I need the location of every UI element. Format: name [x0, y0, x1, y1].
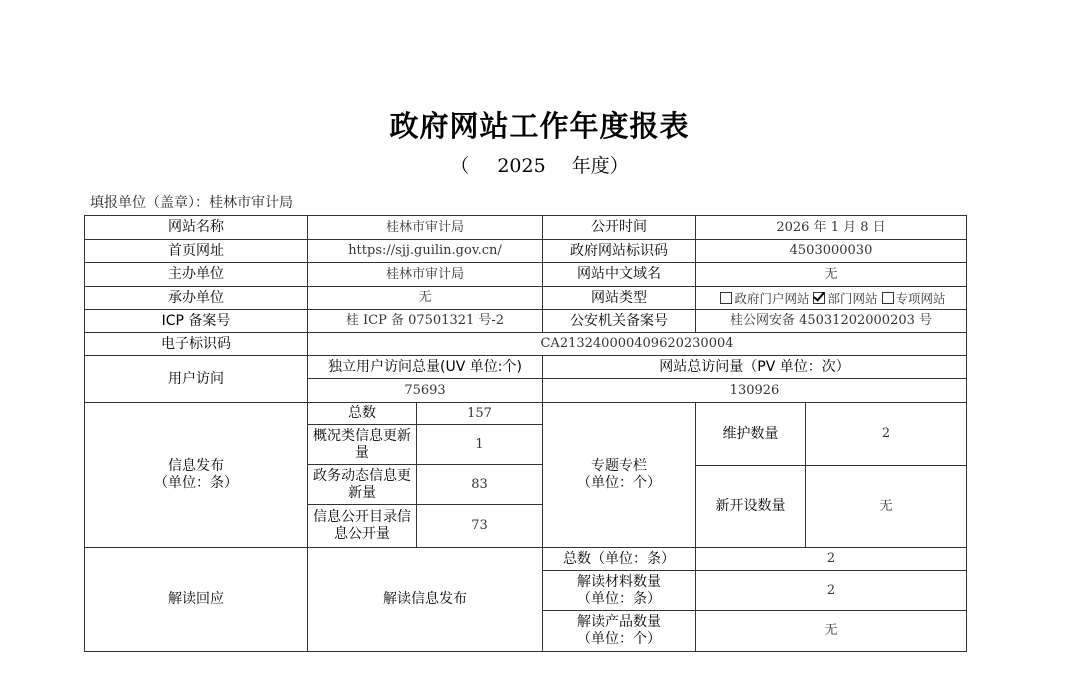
sponsor-label: 主办单位: [84, 262, 308, 287]
overview-update-value: 1: [416, 424, 543, 465]
pv-value: 130926: [542, 378, 967, 403]
organizer-value: 无: [307, 286, 543, 310]
info-total-value: 157: [416, 402, 543, 425]
new-count-label: 新开设数量: [695, 465, 806, 548]
info-publish-label: 信息发布 （单位：条）: [84, 402, 308, 548]
site-type-special: 专项网站: [896, 291, 946, 306]
overview-update-label: 概况类信息更新量: [307, 424, 417, 465]
homepage-value: https://sjj.guilin.gov.cn/: [307, 239, 543, 263]
report-year: （ 2025 年度）: [0, 151, 1079, 178]
interp-product-value: 无: [695, 610, 967, 652]
eid-label: 电子标识码: [84, 332, 308, 356]
interpretation-label: 解读回应: [84, 547, 308, 652]
homepage-label: 首页网址: [84, 239, 308, 263]
paren-open: （: [450, 151, 469, 178]
info-total-label: 总数: [307, 402, 417, 425]
site-type-label: 网站类型: [542, 286, 696, 310]
user-visits-label: 用户访问: [84, 355, 308, 403]
checkbox-portal[interactable]: [720, 292, 732, 304]
pv-label: 网站总访问量（PV 单位：次）: [542, 355, 967, 379]
site-name-value: 桂林市审计局: [307, 215, 543, 240]
site-id-value: 4503000030: [695, 239, 967, 263]
new-count-value: 无: [805, 465, 967, 548]
maintain-count-value: 2: [805, 402, 967, 466]
organizer-label: 承办单位: [84, 286, 308, 310]
reporting-unit: 填报单位（盖章）：桂林市审计局: [90, 192, 293, 212]
disclosure-catalog-value: 73: [416, 504, 543, 548]
year-suffix: 年度）: [572, 151, 629, 178]
report-title: 政府网站工作年度报表: [0, 104, 1079, 145]
gov-news-update-label: 政务动态信息更新量: [307, 464, 417, 505]
interp-material-label: 解读材料数量 （单位：条）: [542, 570, 696, 611]
icp-value: 桂 ICP 备 07501321 号-2: [307, 309, 543, 333]
checkbox-special[interactable]: [882, 292, 894, 304]
site-type-options: 政府门户网站 部门网站 专项网站: [695, 286, 967, 310]
interp-material-value: 2: [695, 570, 967, 611]
interp-product-label: 解读产品数量 （单位：个）: [542, 610, 696, 652]
police-value: 桂公网安备 45031202000203 号: [695, 309, 967, 333]
open-time-value: 2026 年 1 月 8 日: [695, 215, 967, 240]
site-type-department: 部门网站: [827, 291, 877, 306]
site-id-label: 政府网站标识码: [542, 239, 696, 263]
uv-value: 75693: [307, 378, 543, 403]
interp-total-value: 2: [695, 547, 967, 571]
open-time-label: 公开时间: [542, 215, 696, 240]
site-type-portal: 政府门户网站: [734, 291, 809, 306]
site-name-label: 网站名称: [84, 215, 308, 240]
gov-news-update-value: 83: [416, 464, 543, 505]
icp-label: ICP 备案号: [84, 309, 308, 333]
uv-label: 独立用户访问总量(UV 单位:个): [307, 355, 543, 379]
maintain-count-label: 维护数量: [695, 402, 806, 466]
cn-domain-label: 网站中文域名: [542, 262, 696, 287]
cn-domain-value: 无: [695, 262, 967, 287]
police-label: 公安机关备案号: [542, 309, 696, 333]
year-value: 2025: [497, 155, 545, 177]
interp-total-label: 总数（单位：条）: [542, 547, 696, 571]
sponsor-value: 桂林市审计局: [307, 262, 543, 287]
special-columns-label: 专题专栏 （单位：个）: [542, 402, 696, 548]
checkbox-department[interactable]: [813, 292, 825, 304]
disclosure-catalog-label: 信息公开目录信息公开量: [307, 504, 417, 548]
eid-value: CA213240000409620230004: [307, 332, 967, 356]
interpretation-publish-label: 解读信息发布: [307, 547, 543, 652]
